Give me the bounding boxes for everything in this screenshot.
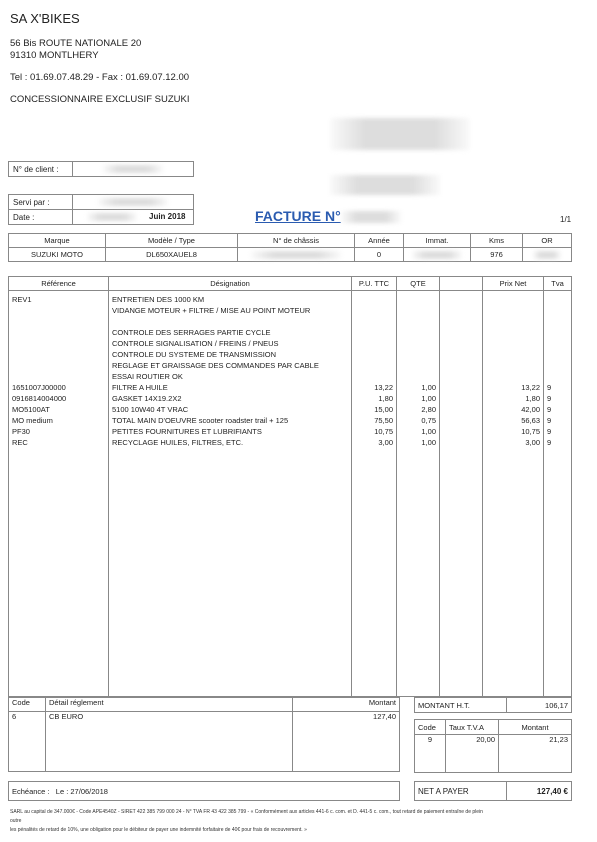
due-date-label: Echéance : — [12, 787, 50, 796]
payment-table: Code Détail réglement Montant 6 CB EURO … — [8, 697, 400, 772]
line-tva — [547, 305, 568, 316]
vehicle-header-model: Modèle / Type — [106, 234, 238, 248]
served-by-value — [73, 195, 194, 210]
column-net-price: 13,221,8042,0056,6310,753,00 — [483, 291, 544, 697]
line-tva: 9 — [547, 404, 568, 415]
line-net — [486, 360, 540, 371]
line-desc: ESSAI ROUTIER OK — [112, 371, 348, 382]
line-pu: 1,80 — [355, 393, 393, 404]
due-date: Echéance : Le : 27/06/2018 — [9, 782, 400, 801]
vehicle-header-chassis: N° de châssis — [238, 234, 355, 248]
due-date-box: Echéance : Le : 27/06/2018 — [8, 781, 400, 801]
vehicle-header-kms: Kms — [471, 234, 523, 248]
line-ref: MO5100AT — [12, 404, 105, 415]
client-number-label: N° de client : — [9, 162, 73, 177]
line-qte: 2,80 — [400, 404, 436, 415]
payment-row: 6 CB EURO 127,40 — [9, 712, 400, 772]
line-tva — [547, 338, 568, 349]
redacted-recipient-address — [330, 175, 440, 195]
payment-header-amount: Montant — [293, 698, 400, 712]
header-unit-price: P.U. TTC — [352, 277, 397, 291]
line-tva: 9 — [547, 415, 568, 426]
line-desc: CONTROLE DU SYSTEME DE TRANSMISSION — [112, 349, 348, 360]
due-date-value: Le : 27/06/2018 — [56, 787, 108, 796]
line-pu — [355, 316, 393, 327]
vehicle-brand: SUZUKI MOTO — [9, 248, 106, 262]
vat-header-rate: Taux T.V.A — [446, 720, 499, 735]
line-desc: RECYCLAGE HUILES, FILTRES, ETC. — [112, 437, 348, 448]
payment-detail: CB EURO — [46, 712, 293, 772]
footer-line-2: outre — [10, 817, 595, 826]
total-ht-box: MONTANT H.T. 106,17 — [414, 697, 572, 713]
line-net — [486, 316, 540, 327]
line-qte — [400, 305, 436, 316]
column-vat: 999999 — [544, 291, 572, 697]
date-label: Date : — [9, 210, 73, 225]
vehicle-values-row: SUZUKI MOTO DL650XAUEL8 0 976 — [9, 248, 572, 262]
footer-line-3: les pénalités de retard de 10%, une obli… — [10, 826, 595, 835]
line-desc: PETITES FOURNITURES ET LUBRIFIANTS — [112, 426, 348, 437]
line-net — [486, 327, 540, 338]
line-ref — [12, 327, 105, 338]
address-line-2: 91310 MONTLHERY — [10, 50, 141, 62]
line-ref: REV1 — [12, 294, 105, 305]
line-ref — [12, 349, 105, 360]
header-vat: Tva — [544, 277, 572, 291]
line-net — [486, 349, 540, 360]
vat-rate: 20,00 — [446, 735, 499, 773]
line-qte — [400, 316, 436, 327]
dealer-tagline: CONCESSIONNAIRE EXCLUSIF SUZUKI — [10, 94, 189, 105]
footer-line-1: SARL au capital de 347.000€ - Code APE45… — [10, 808, 595, 817]
line-desc: CONTROLE DES SERRAGES PARTIE CYCLE — [112, 327, 348, 338]
line-ref: PF30 — [12, 426, 105, 437]
payment-header-code: Code — [9, 698, 46, 712]
line-net — [486, 305, 540, 316]
company-phone-fax: Tel : 01.69.07.48.29 - Fax : 01.69.07.12… — [10, 72, 189, 83]
vehicle-header-or: OR — [523, 234, 572, 248]
net-to-pay-box: NET A PAYER 127,40 € — [414, 781, 572, 801]
company-address: 56 Bis ROUTE NATIONALE 20 91310 MONTLHER… — [10, 38, 141, 62]
line-qte: 1,00 — [400, 393, 436, 404]
vehicle-header-row: Marque Modèle / Type N° de châssis Année… — [9, 234, 572, 248]
line-net: 10,75 — [486, 426, 540, 437]
line-ref — [12, 371, 105, 382]
vehicle-year: 0 — [355, 248, 404, 262]
column-reference: REV11651007J000000916814004000MO5100ATMO… — [9, 291, 109, 697]
line-pu — [355, 294, 393, 305]
line-tva — [547, 371, 568, 382]
line-pu — [355, 305, 393, 316]
header-quantity: QTE — [397, 277, 440, 291]
line-ref: MO medium — [12, 415, 105, 426]
payment-header-detail: Détail réglement — [46, 698, 293, 712]
date-value: Juin 2018 — [73, 210, 194, 225]
line-tva: 9 — [547, 393, 568, 404]
invoice-lines-table: Référence Désignation P.U. TTC QTE Prix … — [8, 276, 572, 697]
line-ref: REC — [12, 437, 105, 448]
client-number-box: N° de client : — [8, 161, 194, 177]
client-number-value — [73, 162, 194, 177]
vehicle-header-brand: Marque — [9, 234, 106, 248]
line-net: 1,80 — [486, 393, 540, 404]
served-by-label: Servi par : — [9, 195, 73, 210]
line-net: 3,00 — [486, 437, 540, 448]
line-tva — [547, 360, 568, 371]
header-designation: Désignation — [109, 277, 352, 291]
line-tva — [547, 327, 568, 338]
vehicle-or — [523, 248, 572, 262]
vehicle-table: Marque Modèle / Type N° de châssis Année… — [8, 233, 572, 262]
header-blank — [440, 277, 483, 291]
line-desc: ENTRETIEN DES 1000 KM — [112, 294, 348, 305]
legal-footer: SARL au capital de 347.000€ - Code APE45… — [10, 808, 595, 835]
line-net: 42,00 — [486, 404, 540, 415]
redacted-invoice-number — [341, 211, 401, 223]
line-net: 56,63 — [486, 415, 540, 426]
line-qte — [400, 371, 436, 382]
line-net — [486, 338, 540, 349]
line-ref: 1651007J00000 — [12, 382, 105, 393]
vehicle-kms: 976 — [471, 248, 523, 262]
column-designation: ENTRETIEN DES 1000 KMVIDANGE MOTEUR + FI… — [109, 291, 352, 697]
line-ref — [12, 316, 105, 327]
line-desc: VIDANGE MOTEUR + FILTRE / MISE AU POINT … — [112, 305, 348, 316]
header-net-price: Prix Net — [483, 277, 544, 291]
line-ref: 0916814004000 — [12, 393, 105, 404]
line-qte: 1,00 — [400, 382, 436, 393]
line-net: 13,22 — [486, 382, 540, 393]
line-net — [486, 294, 540, 305]
line-pu — [355, 360, 393, 371]
line-tva — [547, 349, 568, 360]
line-qte — [400, 349, 436, 360]
company-name: SA X'BIKES — [10, 11, 80, 26]
line-qte — [400, 327, 436, 338]
payment-header-row: Code Détail réglement Montant — [9, 698, 400, 712]
lines-body: REV11651007J000000916814004000MO5100ATMO… — [9, 291, 572, 697]
line-pu — [355, 338, 393, 349]
line-desc: 5100 10W40 4T VRAC — [112, 404, 348, 415]
line-pu — [355, 371, 393, 382]
vat-header-amount: Montant — [499, 720, 572, 735]
line-qte: 1,00 — [400, 426, 436, 437]
address-line-1: 56 Bis ROUTE NATIONALE 20 — [10, 38, 141, 50]
line-pu — [355, 327, 393, 338]
line-qte: 0,75 — [400, 415, 436, 426]
served-date-box: Servi par : Date : Juin 2018 — [8, 194, 194, 225]
vat-header-code: Code — [415, 720, 446, 735]
line-desc: GASKET 14X19.2X2 — [112, 393, 348, 404]
line-desc: FILTRE A HUILE — [112, 382, 348, 393]
vat-amount: 21,23 — [499, 735, 572, 773]
line-ref — [12, 305, 105, 316]
line-desc: CONTROLE SIGNALISATION / FREINS / PNEUS — [112, 338, 348, 349]
vehicle-plate — [404, 248, 471, 262]
line-pu: 75,50 — [355, 415, 393, 426]
line-desc: TOTAL MAIN D'OEUVRE scooter roadster tra… — [112, 415, 348, 426]
line-qte: 1,00 — [400, 437, 436, 448]
line-qte — [400, 294, 436, 305]
net-to-pay-label: NET A PAYER — [415, 782, 507, 801]
header-reference: Référence — [9, 277, 109, 291]
line-ref — [12, 360, 105, 371]
vat-code: 9 — [415, 735, 446, 773]
line-pu: 13,22 — [355, 382, 393, 393]
page-number: 1/1 — [560, 215, 571, 224]
vat-table: Code Taux T.V.A Montant 9 20,00 21,23 — [414, 719, 572, 773]
total-ht-label: MONTANT H.T. — [415, 698, 507, 713]
date-month-year: Juin 2018 — [149, 212, 185, 221]
column-quantity: 1,001,002,800,751,001,00 — [397, 291, 440, 697]
line-pu: 3,00 — [355, 437, 393, 448]
line-pu: 15,00 — [355, 404, 393, 415]
payment-amount: 127,40 — [293, 712, 400, 772]
payment-code: 6 — [9, 712, 46, 772]
invoice-title: FACTURE N° — [255, 208, 401, 224]
line-pu: 10,75 — [355, 426, 393, 437]
line-tva: 9 — [547, 426, 568, 437]
line-tva — [547, 294, 568, 305]
line-net — [486, 371, 540, 382]
vehicle-chassis — [238, 248, 355, 262]
net-to-pay-value: 127,40 € — [507, 782, 572, 801]
vehicle-header-year: Année — [355, 234, 404, 248]
line-tva: 9 — [547, 437, 568, 448]
line-tva: 9 — [547, 382, 568, 393]
redacted-recipient-name — [330, 118, 470, 150]
line-tva — [547, 316, 568, 327]
vehicle-model: DL650XAUEL8 — [106, 248, 238, 262]
column-blank — [440, 291, 483, 697]
vehicle-header-plate: Immat. — [404, 234, 471, 248]
column-unit-price: 13,221,8015,0075,5010,753,00 — [352, 291, 397, 697]
line-pu — [355, 349, 393, 360]
line-qte — [400, 360, 436, 371]
lines-header-row: Référence Désignation P.U. TTC QTE Prix … — [9, 277, 572, 291]
invoice-title-text: FACTURE N° — [255, 208, 341, 224]
line-desc — [112, 316, 348, 327]
total-ht-value: 106,17 — [507, 698, 572, 713]
line-desc: REGLAGE ET GRAISSAGE DES COMMANDES PAR C… — [112, 360, 348, 371]
line-qte — [400, 338, 436, 349]
line-ref — [12, 338, 105, 349]
